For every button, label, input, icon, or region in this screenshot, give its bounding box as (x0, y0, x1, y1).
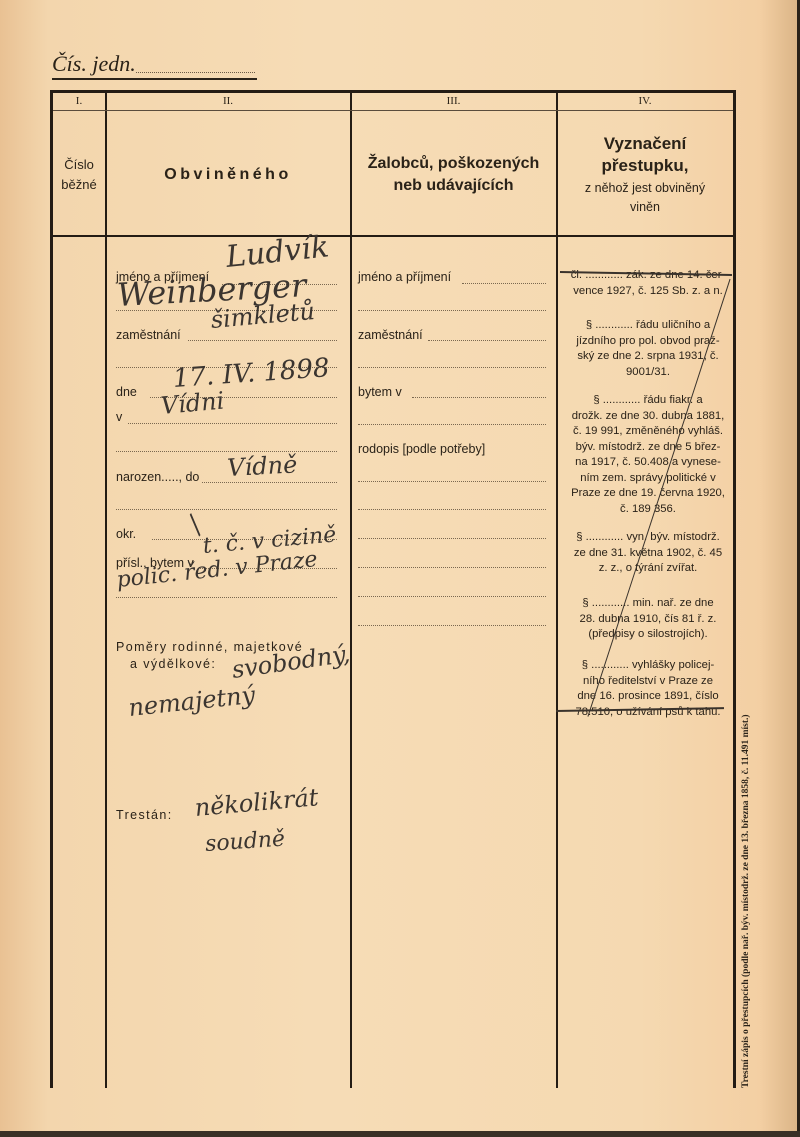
accused-occupation-dotline[interactable] (188, 340, 337, 341)
complainant-dotline-3[interactable] (358, 538, 546, 539)
offence-6-line-2: ního ředitelství v Praze ze (567, 674, 729, 690)
complainant-genealogy-label: rodopis [podle potřeby] (358, 442, 485, 456)
accused-residence-dotline-2[interactable] (116, 597, 337, 598)
form-side-note: Trestní zápis o přestupcích (podle nař. … (741, 658, 751, 1088)
column-divider-3 (556, 93, 558, 1088)
complainant-dotline-6[interactable] (358, 625, 546, 626)
column-number-4: IV. (557, 95, 733, 111)
offence-3-line-5: na 1917, č. 50.408 a vynese- (567, 455, 729, 471)
complainant-occupation-label: zaměstnání (358, 328, 423, 342)
column-number-1: I. (53, 95, 105, 111)
accused-jurisdiction-dotline[interactable] (202, 482, 337, 483)
offence-3-line-2: drožk. ze dne 30. dubna 1881, (567, 409, 729, 425)
offence-2-line-2: jízdního pro pol. obvod praž- (567, 334, 729, 350)
complainant-dotline-4[interactable] (358, 567, 546, 568)
offence-3-line-7: Praze ze dne 19. června 1920, (567, 486, 729, 502)
offence-4-line-2: ze dne 31. května 1902, č. 45 (567, 546, 729, 562)
offence-item-5: § ............ min. nař. ze dne 28. dubn… (567, 596, 729, 643)
reference-number-label: Čís. jedn. (52, 51, 136, 77)
offence-3-line-8: č. 189 356. (567, 502, 729, 518)
header-offence-sub-2: viněn (630, 198, 660, 217)
offence-4-line-3: z. z., o týrání zvířat. (567, 561, 729, 577)
complainant-residence-label: bytem v (358, 385, 402, 399)
header-serial-line-2: běžné (61, 175, 96, 195)
offence-1-line-1: čl. ............ zák. ze dne 14. čer- (567, 268, 729, 284)
accused-birthplace-dotline[interactable] (128, 423, 337, 424)
header-accused: Obviněného (106, 113, 350, 237)
offence-3-line-1: § ............ řádu fiakr. a (567, 393, 729, 409)
header-offence-line-1: Vyznačení (604, 133, 687, 155)
column-divider-2 (350, 93, 352, 1088)
offence-6-line-1: § ............ vyhlášky policej- (567, 658, 729, 674)
offence-2-line-1: § ............ řádu uličního a (567, 318, 729, 334)
header-serial-number: Číslo běžné (53, 113, 105, 237)
accused-birthplace-label: v (116, 410, 122, 424)
reference-number-field: Čís. jedn. (52, 50, 257, 80)
complainant-dotline-5[interactable] (358, 596, 546, 597)
column-number-3: III. (351, 95, 556, 111)
offence-item-2: § ............ řádu uličního a jízdního … (567, 318, 729, 380)
header-complainants: Žalobců, poškozených neb udávajících (351, 113, 556, 237)
header-offence-line-2: přestupku, (602, 155, 689, 177)
offence-item-3: § ............ řádu fiakr. a drožk. ze d… (567, 393, 729, 517)
accused-jurisdiction-label: narozen....., do (116, 470, 199, 484)
complainant-occupation-dotline[interactable] (428, 340, 546, 341)
accused-district-label: okr. (116, 527, 136, 541)
page-edge-bottom (0, 1131, 800, 1137)
offence-5-line-2: 28. dubna 1910, čís 81 ř. z. (567, 612, 729, 628)
complainant-dotline-2[interactable] (358, 509, 546, 510)
complainant-dotline-1[interactable] (358, 481, 546, 482)
header-offence: Vyznačení přestupku, z něhož jest obvině… (557, 113, 733, 237)
offence-3-line-6: ním zem. správy politické v (567, 471, 729, 487)
offence-5-line-1: § ............ min. nař. ze dne (567, 596, 729, 612)
column-number-2: II. (106, 95, 350, 111)
accused-punished-label: Trestán: (116, 808, 173, 822)
accused-dotline-blank-2[interactable] (116, 509, 337, 510)
header-accused-title: Obviněného (164, 166, 291, 184)
complainant-residence-dotline[interactable] (412, 397, 546, 398)
accused-circumstances-label-2: a výdělkové: (130, 657, 216, 671)
table-right-border (733, 90, 736, 1088)
accused-birthdate-label: dne (116, 385, 137, 399)
accused-birthplace-value: Vídni (160, 387, 226, 420)
complainant-occupation-dotline-2[interactable] (358, 367, 546, 368)
accused-dotline-blank-1[interactable] (116, 451, 337, 452)
offence-5-line-3: (předpisy o silostrojích). (567, 627, 729, 643)
offence-3-line-4: býv. místodrž. ze dne 5 břez- (567, 440, 729, 456)
reference-number-dotline (136, 72, 255, 73)
header-complainants-line-2: neb udávajících (393, 175, 513, 197)
complainant-name-dotline-2[interactable] (358, 310, 546, 311)
complainant-residence-dotline-2[interactable] (358, 424, 546, 425)
offence-1-line-2: vence 1927, č. 125 Sb. z. a n. (567, 284, 729, 300)
offence-2-line-4: 9001/31. (567, 365, 729, 381)
header-offence-sub-1: z něhož jest obviněný (585, 179, 705, 198)
accused-occupation-label: zaměstnání (116, 328, 181, 342)
column-divider-1 (105, 93, 107, 1088)
complainant-name-dotline[interactable] (462, 283, 546, 284)
offence-item-4: § ............ vyn. býv. místodrž. ze dn… (567, 530, 729, 577)
header-serial-line-1: Číslo (64, 155, 94, 175)
complainant-name-label: jméno a příjmení (358, 270, 451, 284)
header-complainants-line-1: Žalobců, poškozených (368, 153, 540, 175)
accused-jurisdiction-value: Vídně (227, 450, 298, 482)
offence-3-line-3: č. 19 991, změněného vyhláš. (567, 424, 729, 440)
